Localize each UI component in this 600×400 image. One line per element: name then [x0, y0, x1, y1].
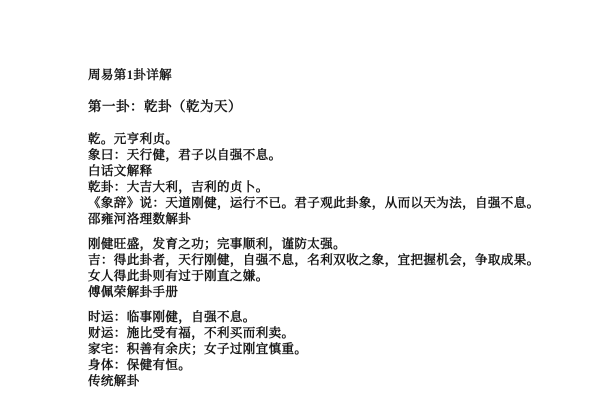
- fortune-jiazhai: 家宅：积善有余庆；女子过刚宜慎重。: [88, 341, 560, 357]
- hexagram-heading: 第一卦：乾卦（乾为天）: [88, 99, 560, 115]
- baihua-line-2: 《象辞》说：天道刚健，运行不已。君子观此卦象，从而以天为法，自强不息。: [88, 195, 560, 211]
- intro-paragraph: 乾。元亨利贞。 象曰：天行健，君子以自强不息。 白话文解释 乾卦：大吉大利，吉利…: [88, 131, 560, 227]
- gua-ci-text: 乾。元亨利贞。: [88, 131, 560, 147]
- fortune-caiyun: 财运：施比受有福，不利买而利卖。: [88, 325, 560, 341]
- section-header-chuantong: 传统解卦: [88, 373, 560, 389]
- xiang-zhuan-text: 象曰：天行健，君子以自强不息。: [88, 147, 560, 163]
- shaoyong-paragraph: 刚健旺盛，发育之功；完事顺利，谨防太强。 吉：得此卦者，天行刚健，自强不息，名利…: [88, 236, 560, 300]
- shaoyong-line-1: 刚健旺盛，发育之功；完事顺利，谨防太强。: [88, 236, 560, 252]
- shaoyong-line-3: 女人得此卦则有过于刚直之嫌。: [88, 268, 560, 284]
- section-header-fupeirong: 傅佩荣解卦手册: [88, 284, 560, 300]
- document-page: 周易第1卦详解 第一卦：乾卦（乾为天） 乾。元亨利贞。 象曰：天行健，君子以自强…: [0, 0, 600, 400]
- section-header-baihua: 白话文解释: [88, 163, 560, 179]
- shaoyong-line-2: 吉：得此卦者，天行刚健，自强不息，名利双收之象，宜把握机会，争取成果。: [88, 252, 560, 268]
- page-title: 周易第1卦详解: [88, 67, 560, 83]
- section-header-shaoyong: 邵雍河洛理数解卦: [88, 211, 560, 227]
- fortune-shenti: 身体：保健有恒。: [88, 357, 560, 373]
- baihua-line-1: 乾卦：大吉大利，吉利的贞卜。: [88, 179, 560, 195]
- fupeirong-paragraph: 时运：临事刚健，自强不息。 财运：施比受有福，不利买而利卖。 家宅：积善有余庆；…: [88, 309, 560, 389]
- fortune-shiyun: 时运：临事刚健，自强不息。: [88, 309, 560, 325]
